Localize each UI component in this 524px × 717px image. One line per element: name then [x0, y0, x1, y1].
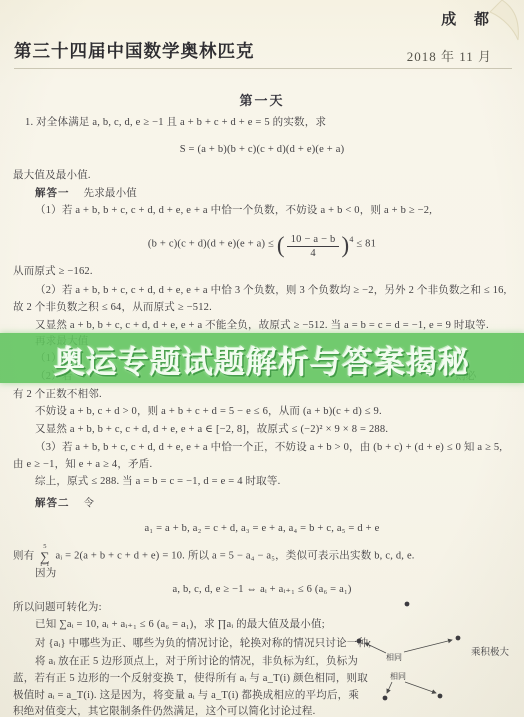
fraction: 10 − a − b4 [287, 234, 340, 259]
day-heading: 第一天 [0, 90, 524, 109]
problem-minmax: 最大值及最小值. [13, 168, 91, 183]
headline-banner-text: 奥运专题试题解析与答案揭秘 [0, 337, 524, 382]
diagram-dot-top [405, 602, 410, 607]
solution2-note: 令 [84, 498, 95, 509]
arrow-to-bottom-right-dot [405, 682, 436, 693]
sol1-result2: 故 2 个非负数之积 ≤ 64，从而原式 ≥ −512. [13, 300, 212, 315]
discussion-line1: 对 {aᵢ} 中哪些为正、哪些为负的情况讨论，轮换对称的情况只讨论一种; [35, 636, 371, 651]
sol1-result1: 从而原式 ≥ −162. [13, 264, 93, 279]
formula-substitution: a₁ = a + b, a₂ = c + d, a₃ = e + a, a₄ =… [0, 521, 524, 536]
arrow-to-left-dot [365, 643, 386, 653]
header-date: 2018 年 11 月 [407, 46, 492, 65]
discussion-line3: 蓝，若有正 5 边形的一个反射变换 T，使得所有 aᵢ 与 a_T(i) 颜色相… [13, 671, 368, 686]
because-line: 因为 [35, 566, 56, 581]
max-line1: 有 2 个正数不相邻. [13, 387, 102, 402]
page-title: 第三十四届中国数学奥林匹克 [14, 38, 255, 63]
solution1-label: 解答一 [35, 188, 70, 199]
formula-right: ≤ 81 [356, 239, 376, 250]
sol1-case1: （1）若 a + b, b + c, c + d, d + e, e + a 中… [35, 203, 432, 218]
solution2-label: 解答二 [35, 498, 70, 509]
problem-intro: 1. 对全体满足 a, b, c, d, e ≥ −1 且 a + b + c … [25, 115, 326, 130]
sum-line: 则有 5∑i=1 aᵢ = 2(a + b + c + d + e) = 10.… [13, 544, 415, 568]
pentagon-diagram: 相同 相同 乘积极大 [330, 590, 524, 717]
discussion-line4: 极值时 aᵢ = a_T(i). 这是因为，将变量 aᵢ 与 a_T(i) 都换… [13, 688, 359, 703]
discussion-line2: 将 aᵢ 放在正 5 边形顶点上，对于所讨论的情况，非负标为红，负标为 [35, 654, 358, 669]
formula-S: S = (a + b)(b + c)(c + d)(d + e)(e + a) [0, 142, 524, 157]
exponent: 4 [349, 235, 353, 244]
discussion-line5: 积绝对值变大，其它限制条件仍然满足，这个可以简化讨论过程. [13, 704, 315, 717]
page-curl-decoration [484, 0, 524, 55]
fraction-denominator: 4 [287, 247, 340, 259]
max-line5: 由 e ≥ −1，知 e + a ≥ 4，矛盾. [13, 457, 152, 472]
solution1-header: 解答一先求最小值 [35, 186, 137, 201]
sigma-symbol: ∑ [40, 551, 49, 562]
diagram-dot-right [456, 636, 461, 641]
formula-left: (b + c)(c + d)(d + e)(e + a) ≤ [148, 239, 274, 250]
arrow-to-right-dot [404, 640, 452, 652]
solution2-header: 解答二令 [35, 496, 94, 511]
diagram-note-product-max: 乘积极大 [471, 646, 510, 658]
max-conclusion: 综上，原式 ≤ 288. 当 a = b = c = −1, d = e = 4… [35, 474, 280, 489]
diagram-dot-bottom-left [383, 696, 388, 701]
header-divider [14, 68, 512, 69]
solution1-note: 先求最小值 [84, 188, 138, 199]
sol1-case2: （2）若 a + b, b + c, c + d, d + e, e + a 中… [35, 283, 506, 298]
max-line2: 不妨设 a + b, c + d > 0，则 a + b + c + d = 5… [35, 404, 382, 419]
diagram-label-same-1: 相同 [386, 652, 402, 662]
sum-pre: 则有 [13, 550, 34, 561]
arrow-to-bottom-left-dot [387, 682, 392, 693]
sigma-notation: 5∑i=1 [40, 544, 49, 568]
left-paren: ( [277, 233, 285, 258]
sol1-result3: 又显然 a + b, b + c, c + d, d + e, e + a 不能… [35, 318, 489, 333]
transform-line: 所以问题可转化为: [13, 600, 102, 615]
transformed-problem: 已知 ∑aᵢ = 10, aᵢ + aᵢ₊₁ ≤ 6 (a₆ = a₁)，求 ∏… [35, 617, 325, 632]
max-line3: 又显然 a + b, b + c, c + d, d + e, e + a ∈ … [35, 422, 388, 437]
max-case3: （3）若 a + b, b + c, c + d, d + e, e + a 中… [35, 440, 502, 455]
diagram-label-same-2: 相同 [390, 671, 406, 681]
diagram-dot-left [357, 639, 362, 644]
sum-post: aᵢ = 2(a + b + c + d + e) = 10. 所以 a = 5… [56, 550, 415, 561]
fraction-numerator: 10 − a − b [287, 234, 340, 247]
diagram-dot-bottom-right [438, 694, 443, 699]
formula-inequality: (b + c)(c + d)(d + e)(e + a) ≤ (10 − a −… [0, 232, 524, 259]
